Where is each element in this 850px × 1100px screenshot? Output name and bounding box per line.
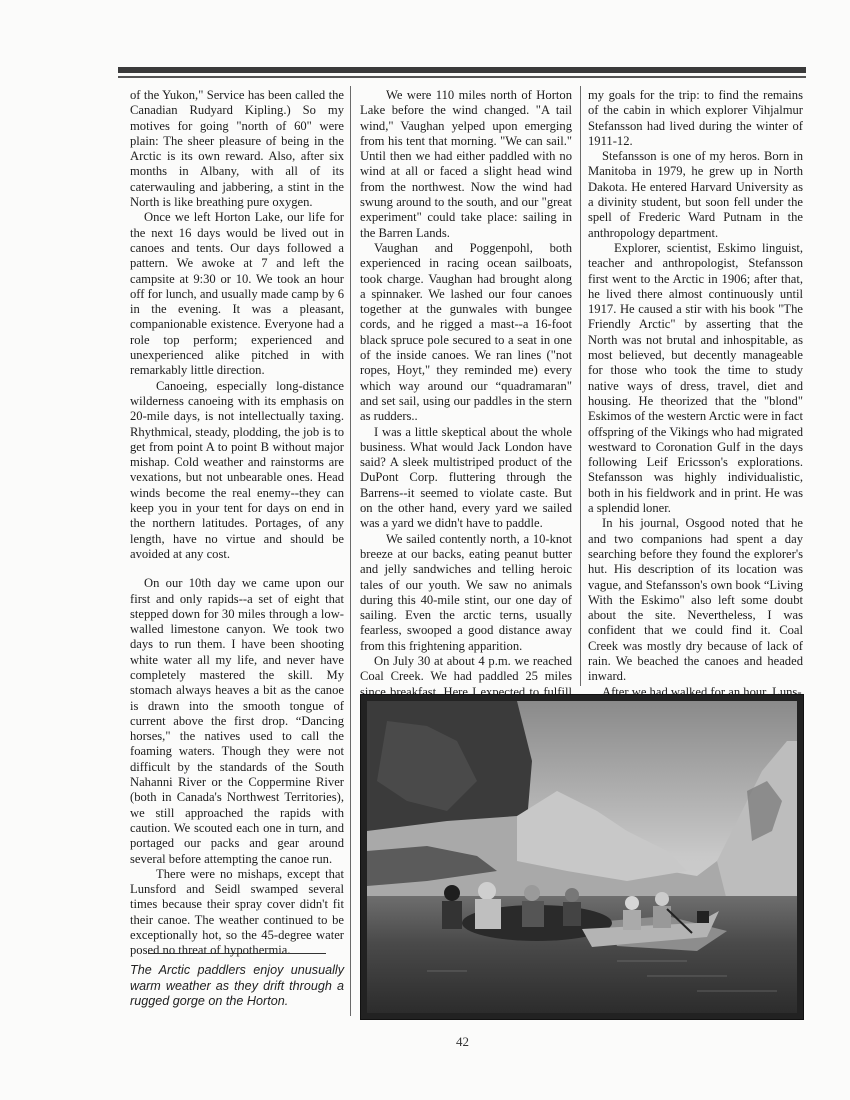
text-column-1: of the Yukon," Service has been called t… bbox=[130, 88, 344, 959]
page-number: 42 bbox=[456, 1034, 469, 1050]
paragraph: On our 10th day we came upon our first a… bbox=[130, 576, 344, 867]
canoe-gorge-photo bbox=[360, 694, 804, 1020]
paragraph: We were 110 miles north of Horton Lake b… bbox=[360, 88, 572, 241]
paragraph: In his journal, Osgood noted that he and… bbox=[588, 516, 803, 684]
paragraph: Explorer, scientist, Eskimo linguist, te… bbox=[588, 241, 803, 516]
column-divider-2 bbox=[580, 86, 581, 686]
caption-rule bbox=[148, 953, 326, 954]
paragraph: of the Yukon," Service has been called t… bbox=[130, 88, 344, 210]
paragraph: Once we left Horton Lake, our life for t… bbox=[130, 210, 344, 378]
paragraph: We sailed contently north, a 10-knot bre… bbox=[360, 532, 572, 654]
header-rule-thin bbox=[118, 76, 806, 78]
photo-image bbox=[367, 701, 797, 1013]
paragraph: Stefansson is one of my heros. Born in M… bbox=[588, 149, 803, 241]
paragraph: There were no mishaps, except that Lunsf… bbox=[130, 867, 344, 959]
paragraph: my goals for the trip: to find the remai… bbox=[588, 88, 803, 149]
photo-caption: The Arctic paddlers enjoy unusually warm… bbox=[130, 963, 344, 1010]
column-divider-1 bbox=[350, 86, 351, 1016]
text-column-3: my goals for the trip: to find the remai… bbox=[588, 88, 803, 700]
paragraph: I was a little skeptical about the whole… bbox=[360, 425, 572, 532]
paragraph: Vaughan and Poggenpohl, both experienced… bbox=[360, 241, 572, 425]
paragraph: Canoeing, especially long-distance wilde… bbox=[130, 379, 344, 563]
magazine-page: of the Yukon," Service has been called t… bbox=[0, 0, 850, 1100]
text-column-2: We were 110 miles north of Horton Lake b… bbox=[360, 88, 572, 715]
header-rule-thick bbox=[118, 67, 806, 73]
